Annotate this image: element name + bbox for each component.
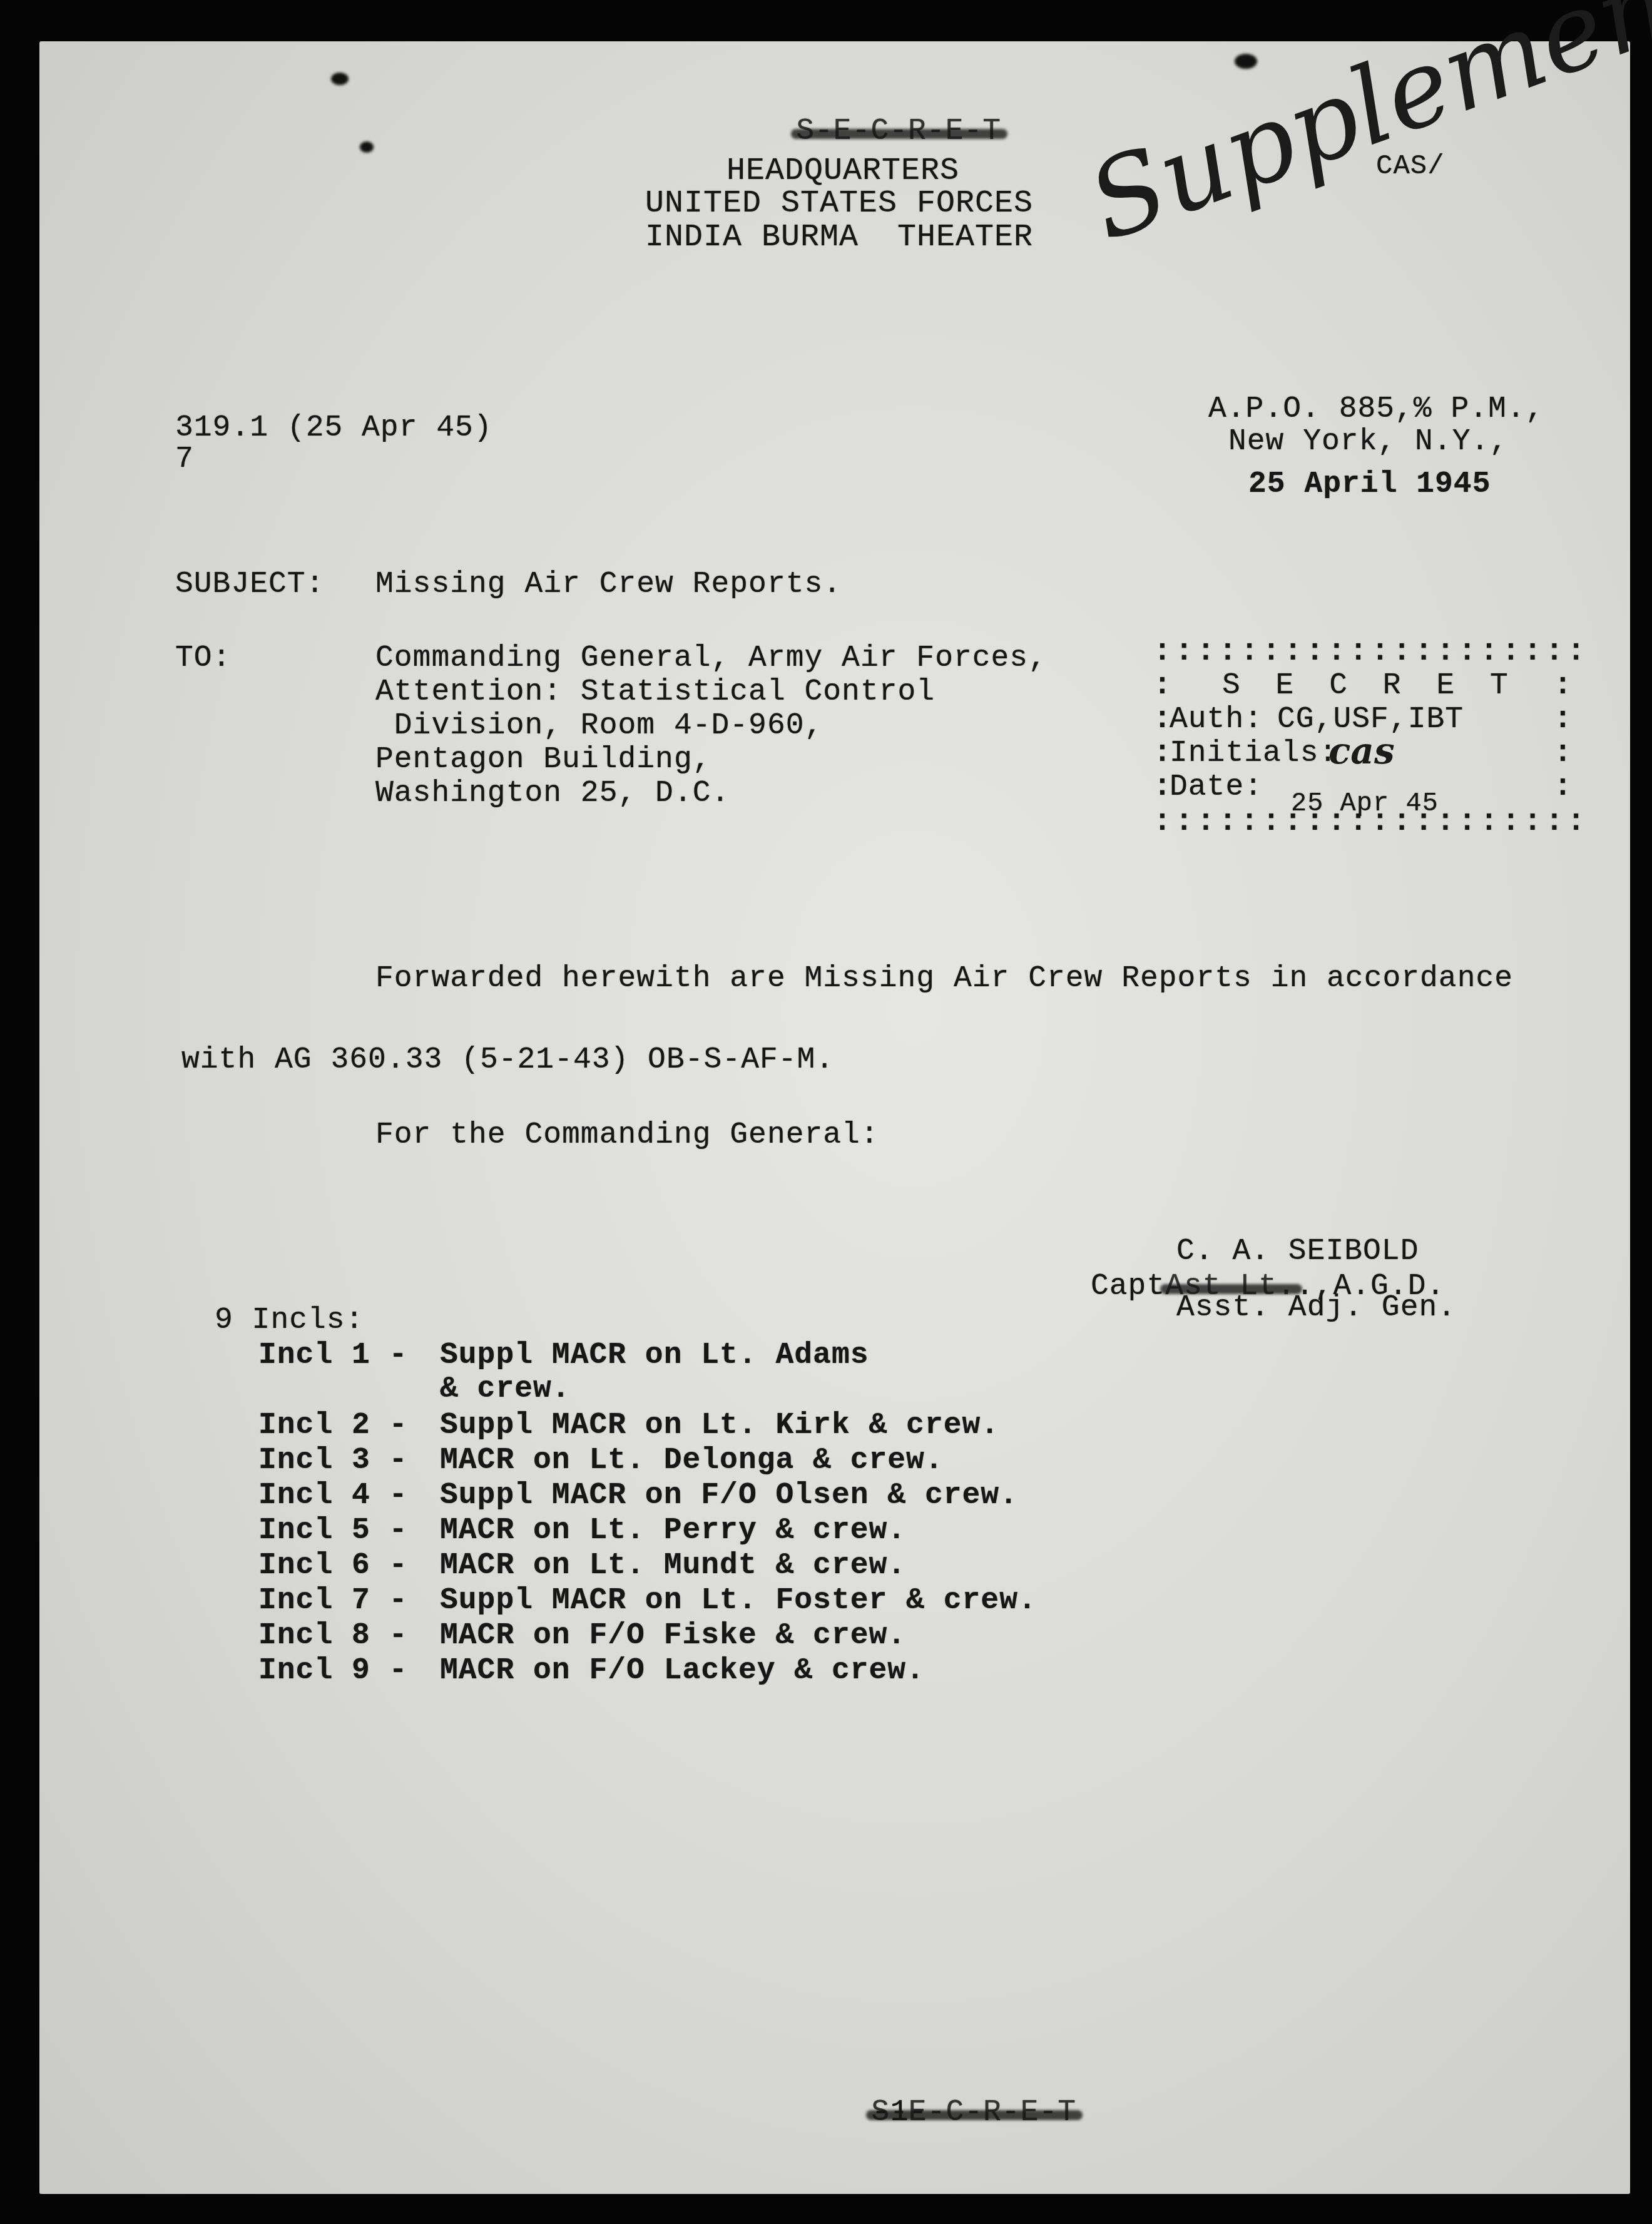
- enclosure-label: Incl 2 -: [258, 1408, 407, 1443]
- document-page: S-E-C-R-E-T HEADQUARTERS UNITED STATES F…: [39, 41, 1630, 2194]
- stamp-date-label: Date:: [1170, 770, 1263, 805]
- enclosure-text: Suppl MACR on Lt. Foster & crew.: [440, 1583, 1037, 1618]
- enclosure-label: Incl 9 -: [258, 1653, 407, 1688]
- enclosure-text: MACR on Lt. Mundt & crew.: [440, 1548, 906, 1583]
- stamp-side: :: [1554, 770, 1573, 805]
- file-reference-line-2: 7: [175, 442, 194, 477]
- stamp-side: :: [1554, 702, 1573, 737]
- stamp-title: S E C R E T: [1222, 668, 1517, 703]
- stamp-border-top: ::::::::::::::::::::: [1153, 635, 1589, 670]
- letterhead-line-1: HEADQUARTERS: [727, 154, 959, 189]
- signature-rank-prefix: Capt: [1091, 1270, 1165, 1303]
- enclosure-text: MACR on Lt. Delonga & crew.: [440, 1443, 944, 1478]
- enclosure-text: Suppl MACR on Lt. Kirk & crew.: [440, 1408, 999, 1443]
- stamp-border-bottom: ::::::::::::::::::::: [1153, 805, 1589, 840]
- ink-smudge: [360, 141, 374, 153]
- body-line-2: with AG 360.33 (5-21-43) OB-S-AF-M.: [181, 1043, 834, 1078]
- body-closing: For the Commanding General:: [375, 1118, 879, 1153]
- enclosure-label: Incl 5 -: [258, 1513, 407, 1548]
- letterhead-line-3: INDIA BURMA THEATER: [645, 220, 1033, 255]
- stamp-side: :: [1554, 668, 1573, 703]
- to-label: TO:: [175, 641, 231, 676]
- page-number: -1-: [872, 2095, 927, 2130]
- enclosure-label: Incl 8 -: [258, 1618, 407, 1653]
- enclosure-text: MACR on F/O Lackey & crew.: [440, 1653, 925, 1688]
- enclosure-text: Suppl MACR on Lt. Adams: [440, 1338, 869, 1373]
- enclosure-text: MACR on F/O Fiske & crew.: [440, 1618, 906, 1653]
- stamp-auth-label: Auth:: [1170, 702, 1263, 737]
- classification-top-text: S-E-C-R-E-T: [796, 115, 1001, 148]
- signature-title: Asst. Adj. Gen.: [1176, 1290, 1456, 1325]
- letterhead-line-2: UNITED STATES FORCES: [645, 186, 1033, 222]
- subject-label: SUBJECT:: [175, 567, 324, 602]
- stamp-side: :: [1554, 736, 1573, 771]
- enclosure-label: Incl 1 -: [258, 1338, 407, 1373]
- stamp-side: :: [1153, 668, 1172, 703]
- body-line-1: Forwarded herewith are Missing Air Crew …: [375, 961, 1513, 996]
- apo-address: A.P.O. 885,% P.M.,: [1208, 392, 1544, 427]
- enclosure-text: Suppl MACR on F/O Olsen & crew.: [440, 1478, 1018, 1513]
- enclosure-label: Incl 4 -: [258, 1478, 407, 1513]
- letter-date: 25 April 1945: [1248, 467, 1491, 502]
- enclosure-label: Incl 3 -: [258, 1443, 407, 1478]
- ink-smudge: [331, 73, 349, 85]
- enclosure-label: Incl 6 -: [258, 1548, 407, 1583]
- handwritten-annotation: Supplemental: [1073, 0, 1652, 265]
- routing-initials: CAS/: [1376, 149, 1445, 184]
- to-line-2: Attention: Statistical Control: [375, 675, 935, 710]
- to-line-1: Commanding General, Army Air Forces,: [375, 641, 1047, 676]
- enclosure-label: Incl 7 -: [258, 1583, 407, 1618]
- to-line-4: Pentagon Building,: [375, 742, 711, 777]
- to-line-5: Washington 25, D.C.: [375, 776, 730, 811]
- classification-bottom: S-E-C-R-E-T: [797, 2060, 1076, 2165]
- apo-city: New York, N.Y.,: [1228, 424, 1508, 459]
- file-reference-line-1: 319.1 (25 Apr 45): [175, 411, 492, 446]
- to-line-3: Division, Room 4-D-960,: [375, 708, 823, 743]
- ink-smudge: [1235, 54, 1257, 69]
- enclosure-header: 9 Incls:: [215, 1303, 364, 1338]
- stamp-initials-value: cas: [1328, 730, 1395, 772]
- enclosure-text-cont: & crew.: [440, 1372, 571, 1407]
- enclosure-text: MACR on Lt. Perry & crew.: [440, 1513, 906, 1548]
- signature-name: C. A. SEIBOLD: [1176, 1234, 1419, 1269]
- subject-value: Missing Air Crew Reports.: [375, 567, 842, 602]
- stamp-initials-label: Initials:: [1170, 736, 1337, 771]
